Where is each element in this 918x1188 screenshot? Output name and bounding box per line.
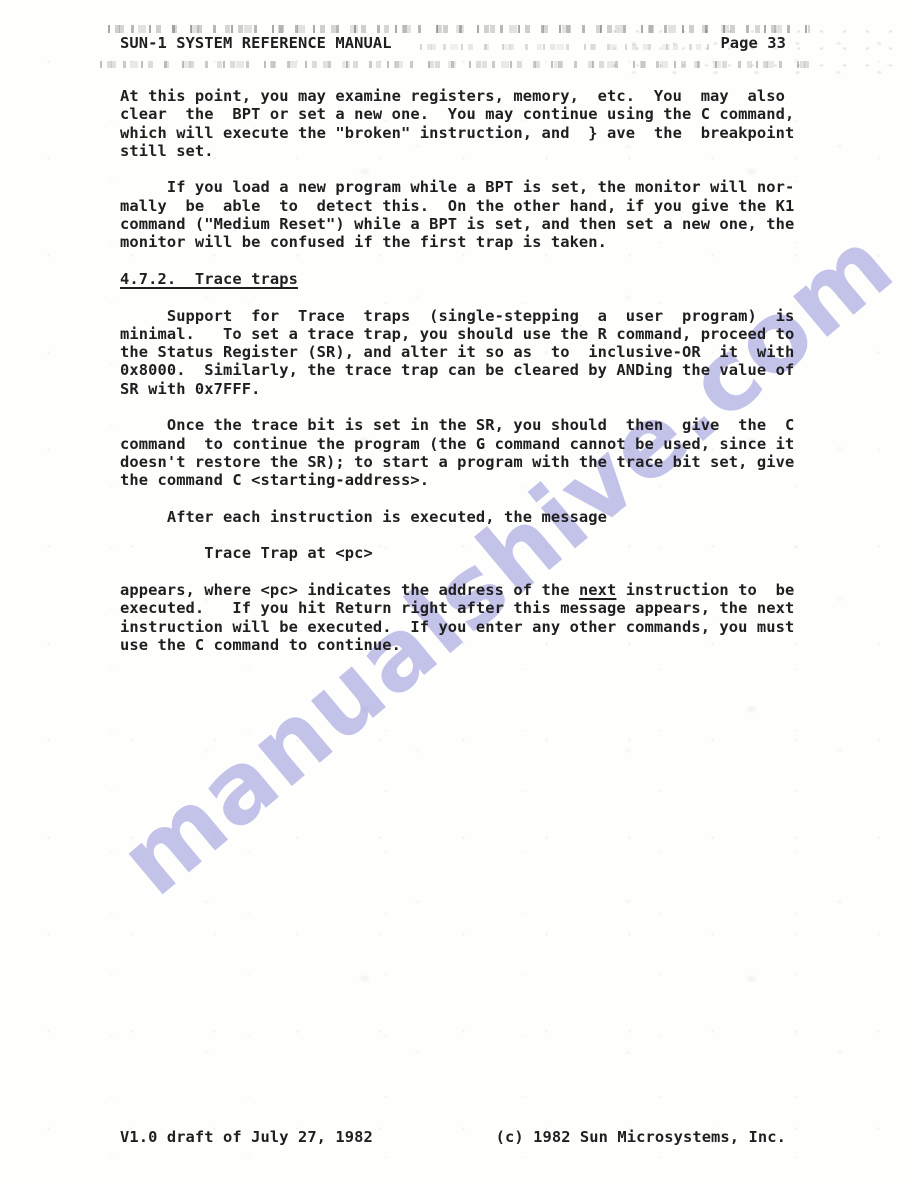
text-segment: Trace Trap at <pc> [120, 544, 373, 562]
text-line: Trace Trap at <pc> [120, 544, 820, 562]
text-segment: which will execute the "broken" instruct… [120, 124, 794, 142]
text-segment: use the C command to continue. [120, 636, 401, 654]
text-line: command to continue the program (the G c… [120, 435, 820, 453]
text-line: minimal. To set a trace trap, you should… [120, 325, 820, 343]
text-line: executed. If you hit Return right after … [120, 599, 820, 617]
text-segment: clear the BPT or set a new one. You may … [120, 105, 794, 123]
text-line: mally be able to detect this. On the oth… [120, 197, 820, 215]
text-line [120, 252, 820, 270]
text-segment: Once the trace bit is set in the SR, you… [120, 416, 794, 434]
underlined-text: next [579, 581, 616, 599]
underlined-text: 4.7.2. Trace traps [120, 270, 298, 288]
text-segment: Support for Trace traps (single-stepping… [120, 307, 794, 325]
text-segment: mally be able to detect this. On the oth… [120, 197, 794, 215]
text-line [120, 563, 820, 581]
text-segment: monitor will be confused if the first tr… [120, 233, 607, 251]
text-line: monitor will be confused if the first tr… [120, 233, 820, 251]
text-line [120, 160, 820, 178]
text-line [120, 398, 820, 416]
text-segment: 0x8000. Similarly, the trace trap can be… [120, 361, 794, 379]
page-number: Page 33 [720, 34, 786, 52]
text-line: command ("Medium Reset") while a BPT is … [120, 215, 820, 233]
text-line: SR with 0x7FFF. [120, 380, 820, 398]
text-line [120, 288, 820, 306]
text-segment: doesn't restore the SR); to start a prog… [120, 453, 794, 471]
text-line [120, 526, 820, 544]
text-line [120, 490, 820, 508]
text-segment: At this point, you may examine registers… [120, 87, 785, 105]
text-line: If you load a new program while a BPT is… [120, 178, 820, 196]
text-line: instruction will be executed. If you ent… [120, 618, 820, 636]
text-line: doesn't restore the SR); to start a prog… [120, 453, 820, 471]
document-page: SUN-1 SYSTEM REFERENCE MANUAL Page 33 ma… [0, 0, 918, 1188]
text-segment: the Status Register (SR), and alter it s… [120, 343, 794, 361]
text-segment: SR with 0x7FFF. [120, 380, 261, 398]
text-line: 4.7.2. Trace traps [120, 270, 820, 288]
header-title: SUN-1 SYSTEM REFERENCE MANUAL [120, 34, 392, 52]
text-segment: minimal. To set a trace trap, you should… [120, 325, 794, 343]
text-segment: executed. If you hit Return right after … [120, 599, 794, 617]
text-segment: still set. [120, 142, 214, 160]
text-line: Support for Trace traps (single-stepping… [120, 307, 820, 325]
text-segment: command to continue the program (the G c… [120, 435, 794, 453]
text-segment: the command C <starting-address>. [120, 471, 429, 489]
text-segment: command ("Medium Reset") while a BPT is … [120, 215, 794, 233]
page-footer: V1.0 draft of July 27, 1982 (c) 1982 Sun… [120, 1128, 786, 1146]
text-line: appears, where <pc> indicates the addres… [120, 581, 820, 599]
text-segment: After each instruction is executed, the … [120, 508, 607, 526]
text-line: the command C <starting-address>. [120, 471, 820, 489]
footer-copyright: (c) 1982 Sun Microsystems, Inc. [496, 1128, 786, 1146]
text-segment: instruction to be [616, 581, 794, 599]
scan-noise-under-band [100, 61, 814, 68]
text-line: 0x8000. Similarly, the trace trap can be… [120, 361, 820, 379]
text-segment: appears, where <pc> indicates the addres… [120, 581, 579, 599]
text-line: the Status Register (SR), and alter it s… [120, 343, 820, 361]
text-line: which will execute the "broken" instruct… [120, 124, 820, 142]
text-line: still set. [120, 142, 820, 160]
text-segment: If you load a new program while a BPT is… [120, 178, 794, 196]
text-segment: instruction will be executed. If you ent… [120, 618, 794, 636]
text-line: At this point, you may examine registers… [120, 87, 820, 105]
page-header: SUN-1 SYSTEM REFERENCE MANUAL Page 33 [120, 34, 786, 52]
document-body: At this point, you may examine registers… [120, 87, 820, 654]
text-line: clear the BPT or set a new one. You may … [120, 105, 820, 123]
footer-version: V1.0 draft of July 27, 1982 [120, 1128, 373, 1146]
text-line: use the C command to continue. [120, 636, 820, 654]
text-line: Once the trace bit is set in the SR, you… [120, 416, 820, 434]
text-line: After each instruction is executed, the … [120, 508, 820, 526]
